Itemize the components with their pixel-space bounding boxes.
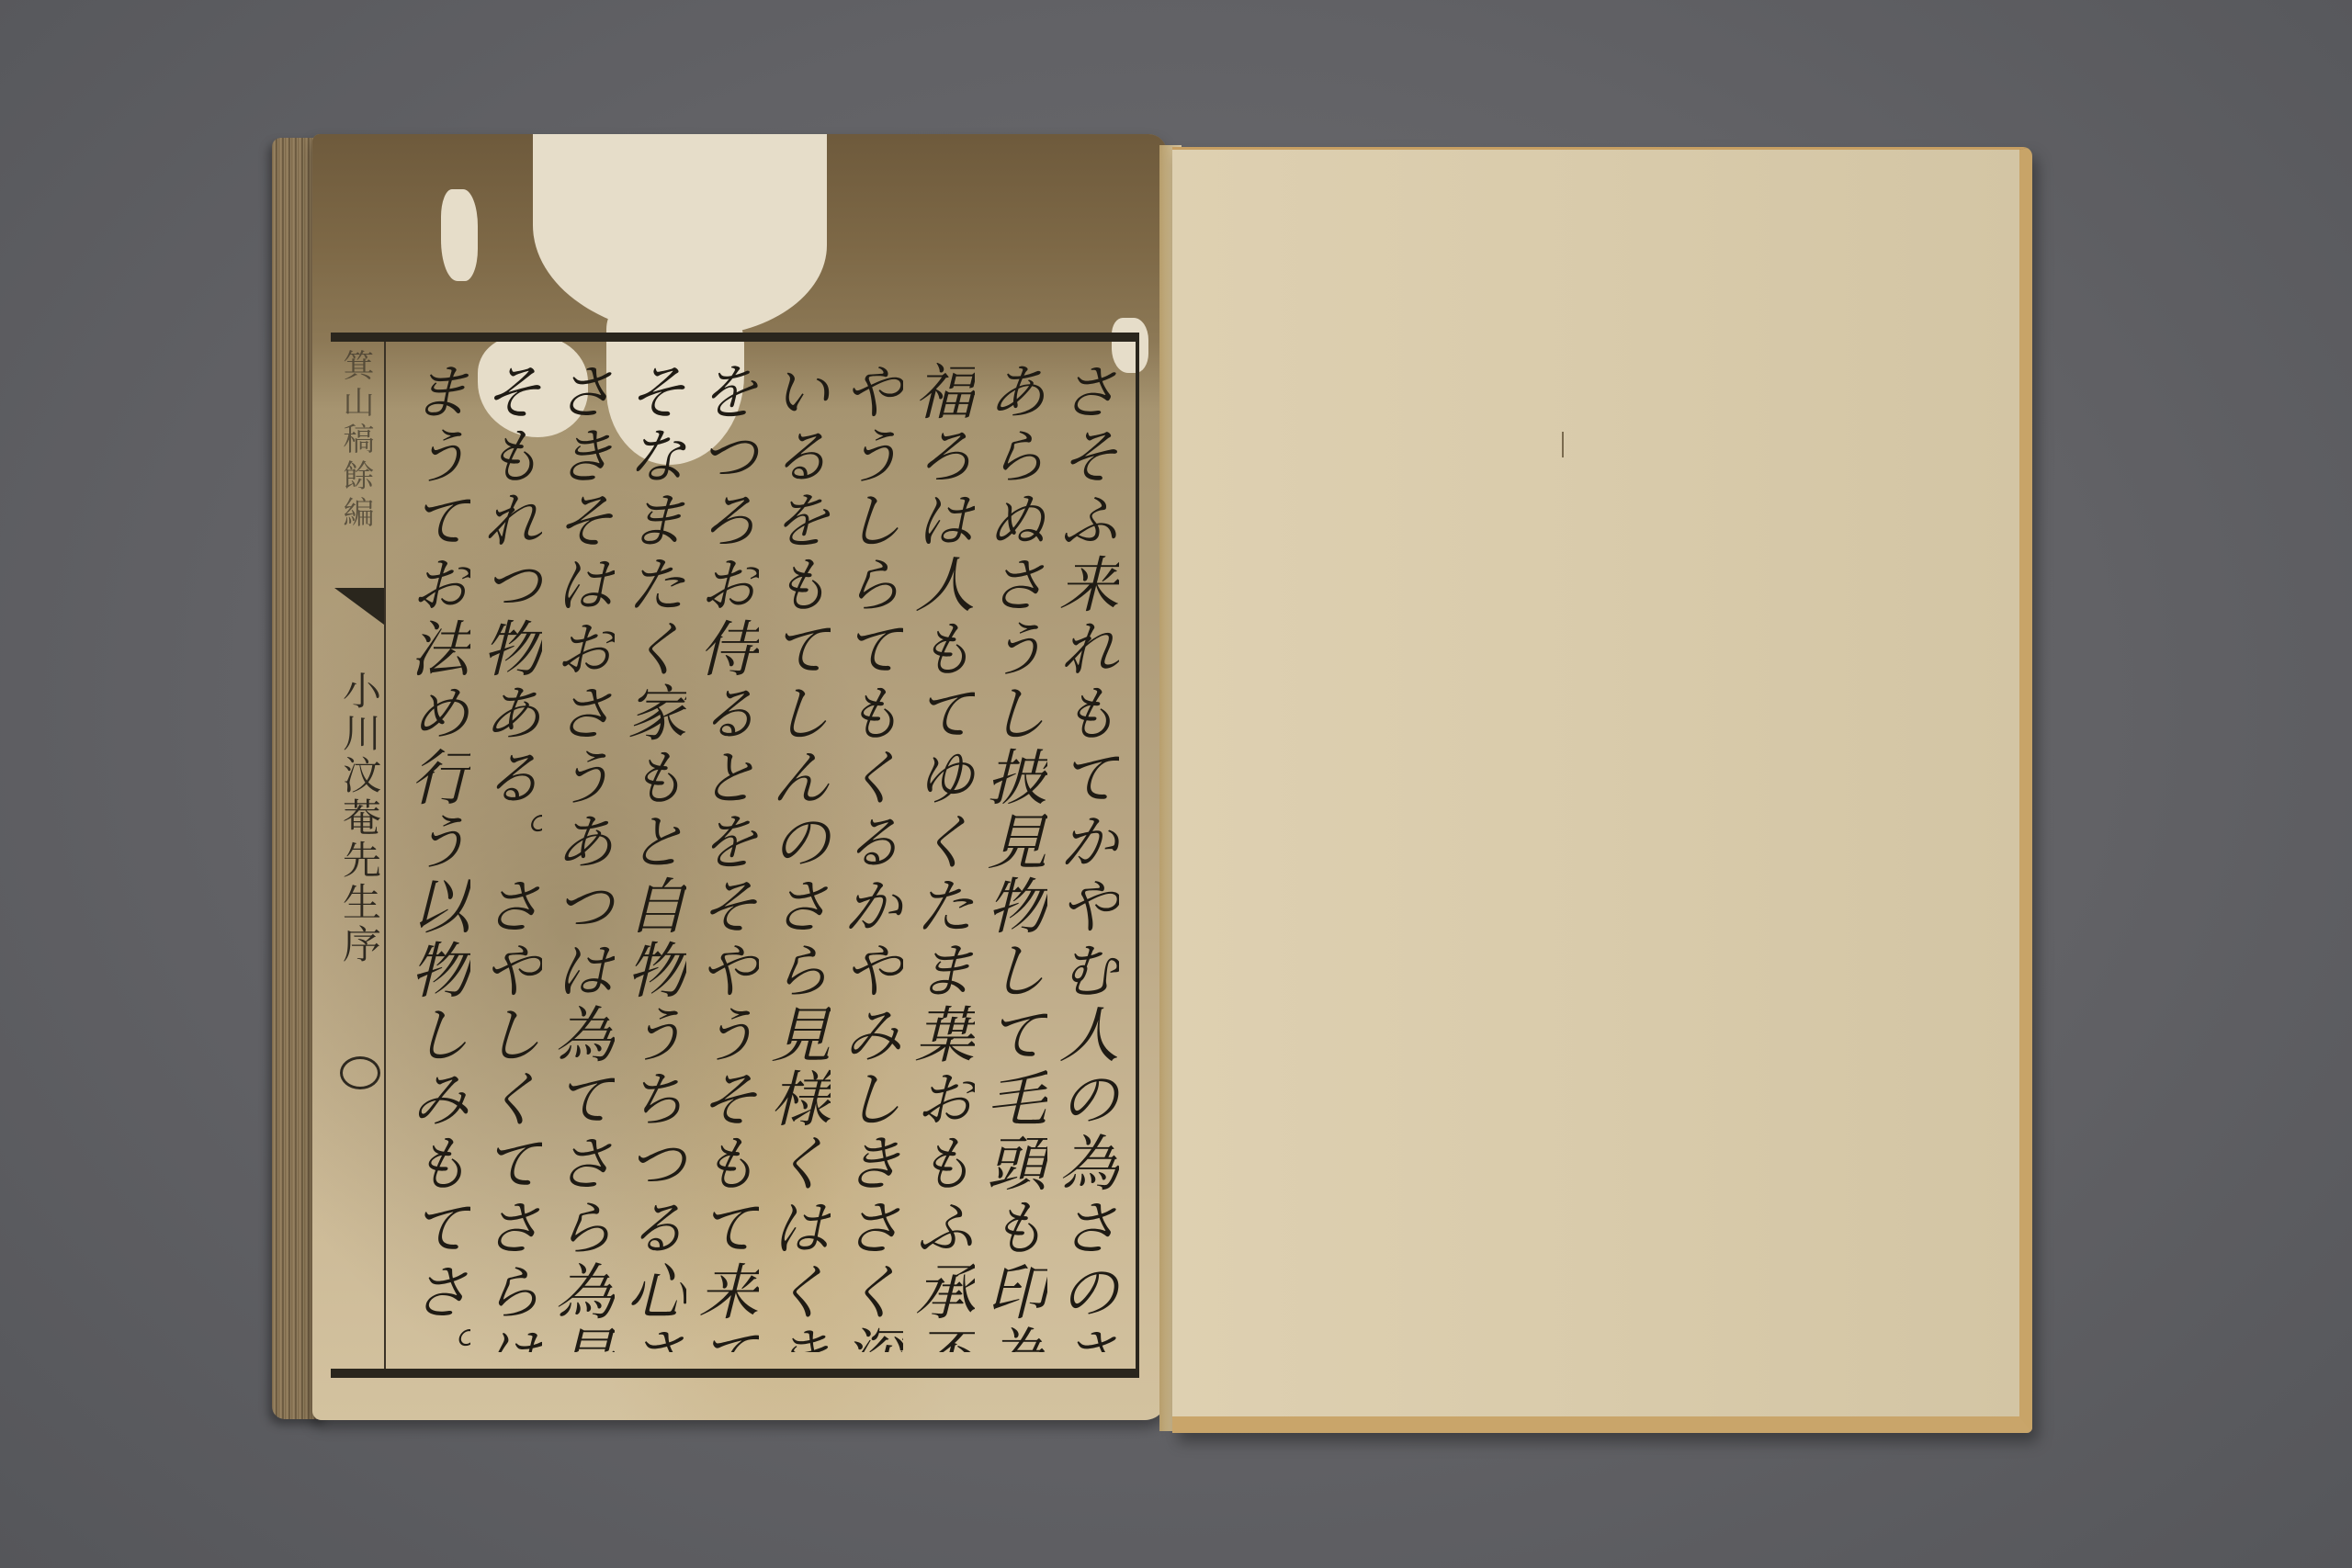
text-column: さきそはおさうあつは為てさら為是れとさうつ: [543, 360, 615, 1352]
right-page-blank: [1172, 147, 2032, 1433]
text-column: そなまたく家もと自物うちつる心さんれそで: [615, 360, 686, 1352]
text-column: 福ろは人もてゆくたま葉おもふ承不みちうる披母: [903, 360, 975, 1352]
margin-preface-author: 小川汶菴先生序: [336, 671, 382, 966]
text-column: さそふ来れもてかやむ人の為さのさ作方にいささか理の: [1047, 360, 1119, 1352]
paper-mark: [1562, 432, 1564, 457]
page-circle-mark: [340, 1056, 380, 1089]
margin-book-title: 箕山稿餘編: [336, 349, 379, 533]
text-column: をつろお侍るとをそやうそもて来てる寺以さ見: [687, 360, 759, 1352]
body-text: さそふ来れもてかやむ人の為さのさ作方にいささか理の あらぬさうし披見物して毛頭も…: [386, 342, 1130, 1369]
paper-loss-area: [441, 189, 478, 281]
text-column: やうしらてもくるかやみしきさく深さならは御: [831, 360, 903, 1352]
text-column: まうてお法め行う以物しみもてさ。さす安部もて: [399, 360, 470, 1352]
text-column: いるをもてしんのさら見様くはくきこと集め: [759, 360, 831, 1352]
open-book: 箕山稿餘編 小川汶菴先生序 さそふ来れもてかやむ人の為さのさ作方にいささか理の …: [0, 0, 2352, 1568]
text-column: そもれつ物ある。さやしくてさらは見地系: [470, 360, 542, 1352]
text-column: あらぬさうし披見物して毛頭も印為の好よるも: [976, 360, 1047, 1352]
